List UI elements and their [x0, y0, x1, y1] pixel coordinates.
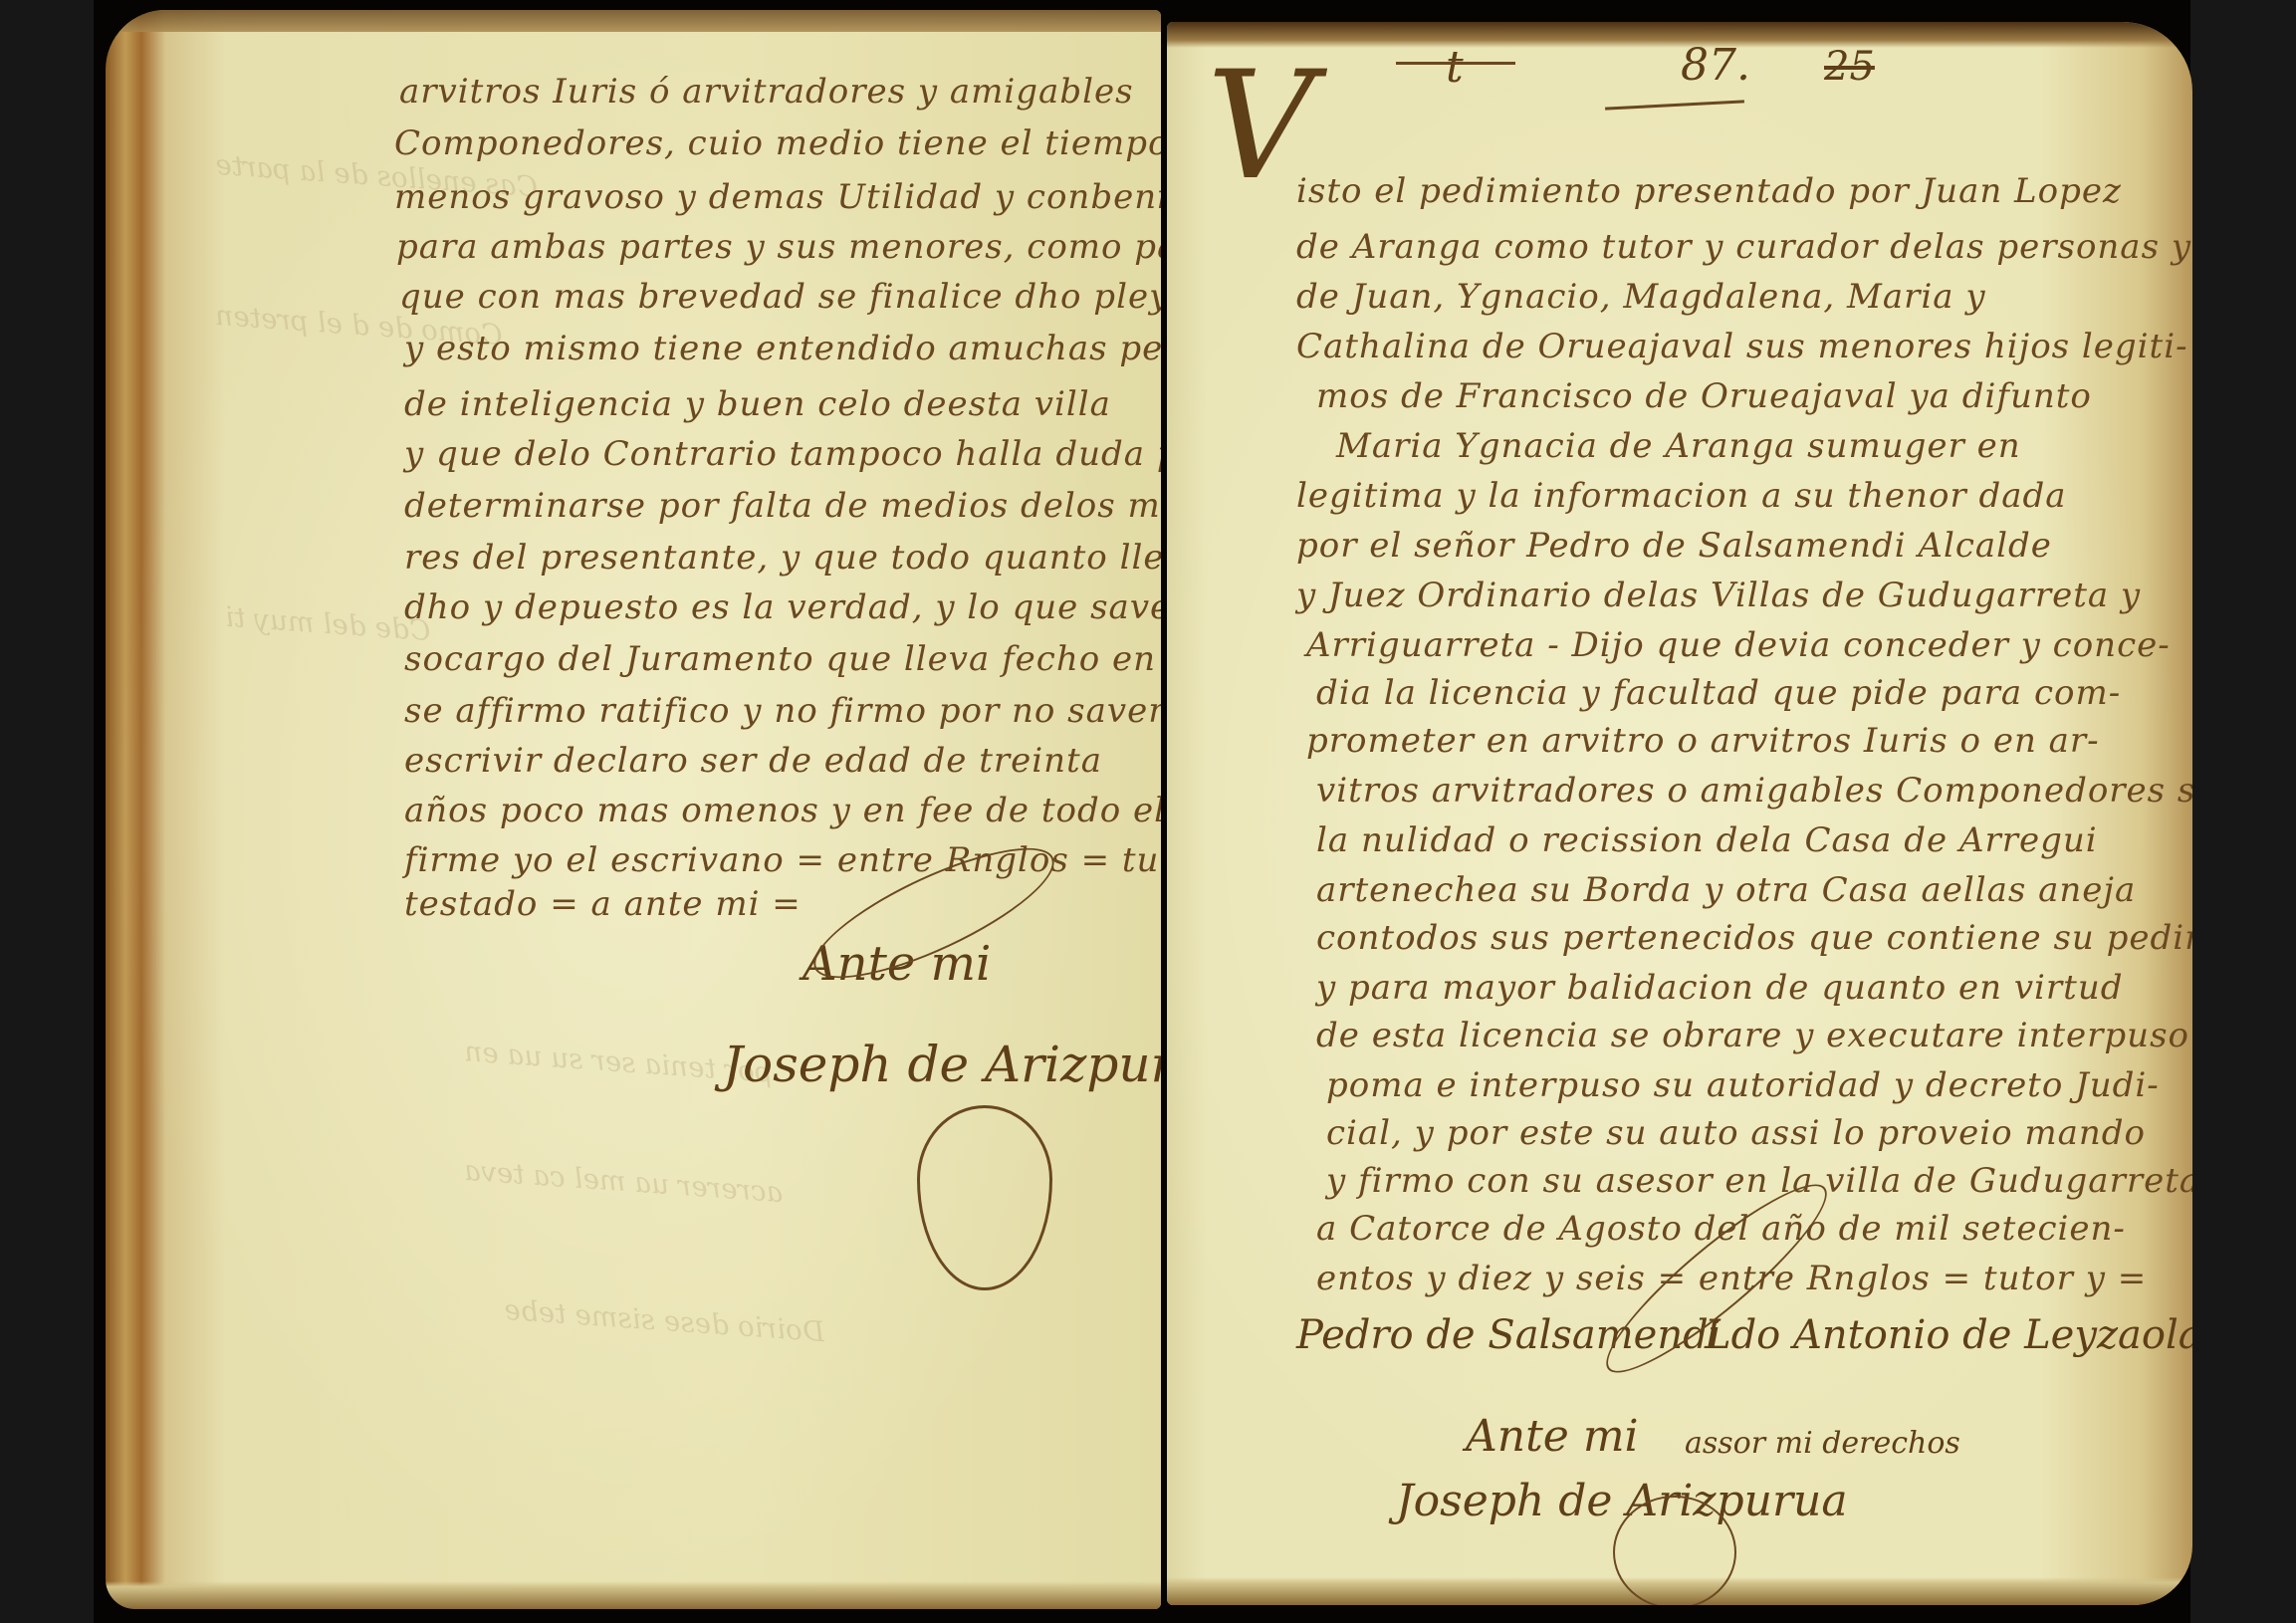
manuscript-line: de esta licencia se obrare y executare i… [1316, 1016, 2189, 1055]
manuscript-line: poma e interpuso su autoridad y decreto … [1326, 1065, 2160, 1105]
manuscript-line: y esto mismo tiene entendido amuchas per… [404, 329, 1161, 368]
manuscript-line: Cathalina de Orueajaval sus menores hijo… [1296, 327, 2188, 366]
right-border-band [2190, 0, 2296, 1623]
fees-note: assor mi derechos [1685, 1426, 1960, 1461]
signature-asesor: Ldo Antonio de Leyzaola [1705, 1312, 2192, 1358]
manuscript-line: y que delo Contrario tampoco halla duda … [404, 434, 1161, 474]
right-page: t 87. 25 V isto el pedimiento presentado… [1167, 22, 2192, 1605]
folio-underline [1605, 100, 1744, 110]
manuscript-line: isto el pedimiento presentado por Juan L… [1296, 171, 2122, 211]
manuscript-line: y firmo con su asesor en la villa de Gud… [1326, 1161, 2192, 1201]
manuscript-line: para ambas partes y sus menores, como pa… [396, 227, 1161, 267]
left-border-band [0, 0, 94, 1623]
manuscript-line: escrivir declaro ser de edad de treinta [404, 741, 1102, 781]
manuscript-line: menos gravoso y demas Utilidad y conbeni… [394, 177, 1161, 217]
open-manuscript-book: Cas enellos de la parte Como de d el pre… [94, 0, 2190, 1623]
manuscript-line: contodos sus pertenecidos que contiene s… [1316, 918, 2192, 958]
page-top-edge [1167, 22, 2192, 48]
signature-notary: Joseph de Arizpurua [723, 1036, 1161, 1093]
manuscript-line: y Juez Ordinario delas Villas de Gudugar… [1296, 576, 2141, 615]
bleed-through-text: Doirio dese sisme tebe [503, 1293, 825, 1348]
manuscript-line: Arriguarreta - Dijo que devia conceder y… [1306, 625, 2171, 665]
manuscript-line: Maria Ygnacia de Aranga sumuger en [1336, 426, 2021, 466]
manuscript-line: legitima y la informacion a su thenor da… [1296, 476, 2067, 516]
manuscript-line: la nulidad o recission dela Casa de Arre… [1316, 820, 2098, 860]
left-page: Cas enellos de la parte Como de d el pre… [106, 10, 1161, 1609]
signature-ante-mi: Ante mi [1466, 1411, 1639, 1462]
manuscript-line: testado = a ante mi = [404, 884, 802, 924]
manuscript-line: vitros arvitradores o amigables Componed… [1316, 771, 2192, 811]
manuscript-line: de Aranga como tutor y curador delas per… [1296, 227, 2192, 267]
notary-rubric-flourish [917, 1105, 1052, 1290]
manuscript-line: cial, y por este su auto assi lo proveio… [1326, 1113, 2146, 1153]
bleed-through-text: acrerer ua mel ca teva [463, 1154, 784, 1209]
manuscript-line: res del presentante, y que todo quanto l… [404, 538, 1161, 578]
bleed-through-text: Cde del muy ti [224, 600, 431, 647]
manuscript-line: socargo del Juramento que lleva fecho en… [404, 639, 1161, 679]
manuscript-line: de Juan, Ygnacio, Magdalena, Maria y [1296, 277, 1986, 317]
manuscript-line: por el señor Pedro de Salsamendi Alcalde [1296, 526, 2052, 566]
manuscript-line: arvitros Iuris ó arvitradores y amigable… [399, 72, 1134, 112]
manuscript-line: dho y depuesto es la verdad, y lo que sa… [404, 587, 1161, 627]
manuscript-line: prometer en arvitro o arvitros Iuris o e… [1306, 721, 2100, 761]
notary-rubric-flourish [1613, 1496, 1736, 1605]
signature-notary: Joseph de Arizpurua [1396, 1476, 1848, 1526]
manuscript-line: artenechea su Borda y otra Casa aellas a… [1316, 870, 2136, 910]
old-folio-number-crossed: 25 [1824, 44, 1875, 90]
header-mark: t [1446, 42, 1464, 93]
manuscript-line: determinarse por falta de medios delos m… [404, 486, 1161, 526]
folio-number: 87. [1681, 40, 1750, 91]
manuscript-line: de inteligencia y buen celo deesta villa [404, 384, 1111, 424]
manuscript-line: y para mayor balidacion de quanto en vir… [1316, 968, 2124, 1008]
manuscript-line: mos de Francisco de Orueajaval ya difunt… [1316, 376, 2092, 416]
manuscript-line: años poco mas omenos y en fee de todo el… [404, 791, 1161, 830]
page-top-edge [106, 10, 1161, 32]
header-mark-stroke [1396, 62, 1515, 65]
manuscript-line: que con mas brevedad se finalice dho ple… [399, 277, 1161, 317]
manuscript-line: dia la licencia y facultad que pide para… [1316, 673, 2121, 713]
manuscript-line: se affirmo ratifico y no firmo por no sa… [404, 691, 1161, 731]
manuscript-line: Componedores, cuio medio tiene el tiempo… [394, 123, 1161, 163]
page-bottom-edge [106, 1581, 1161, 1609]
